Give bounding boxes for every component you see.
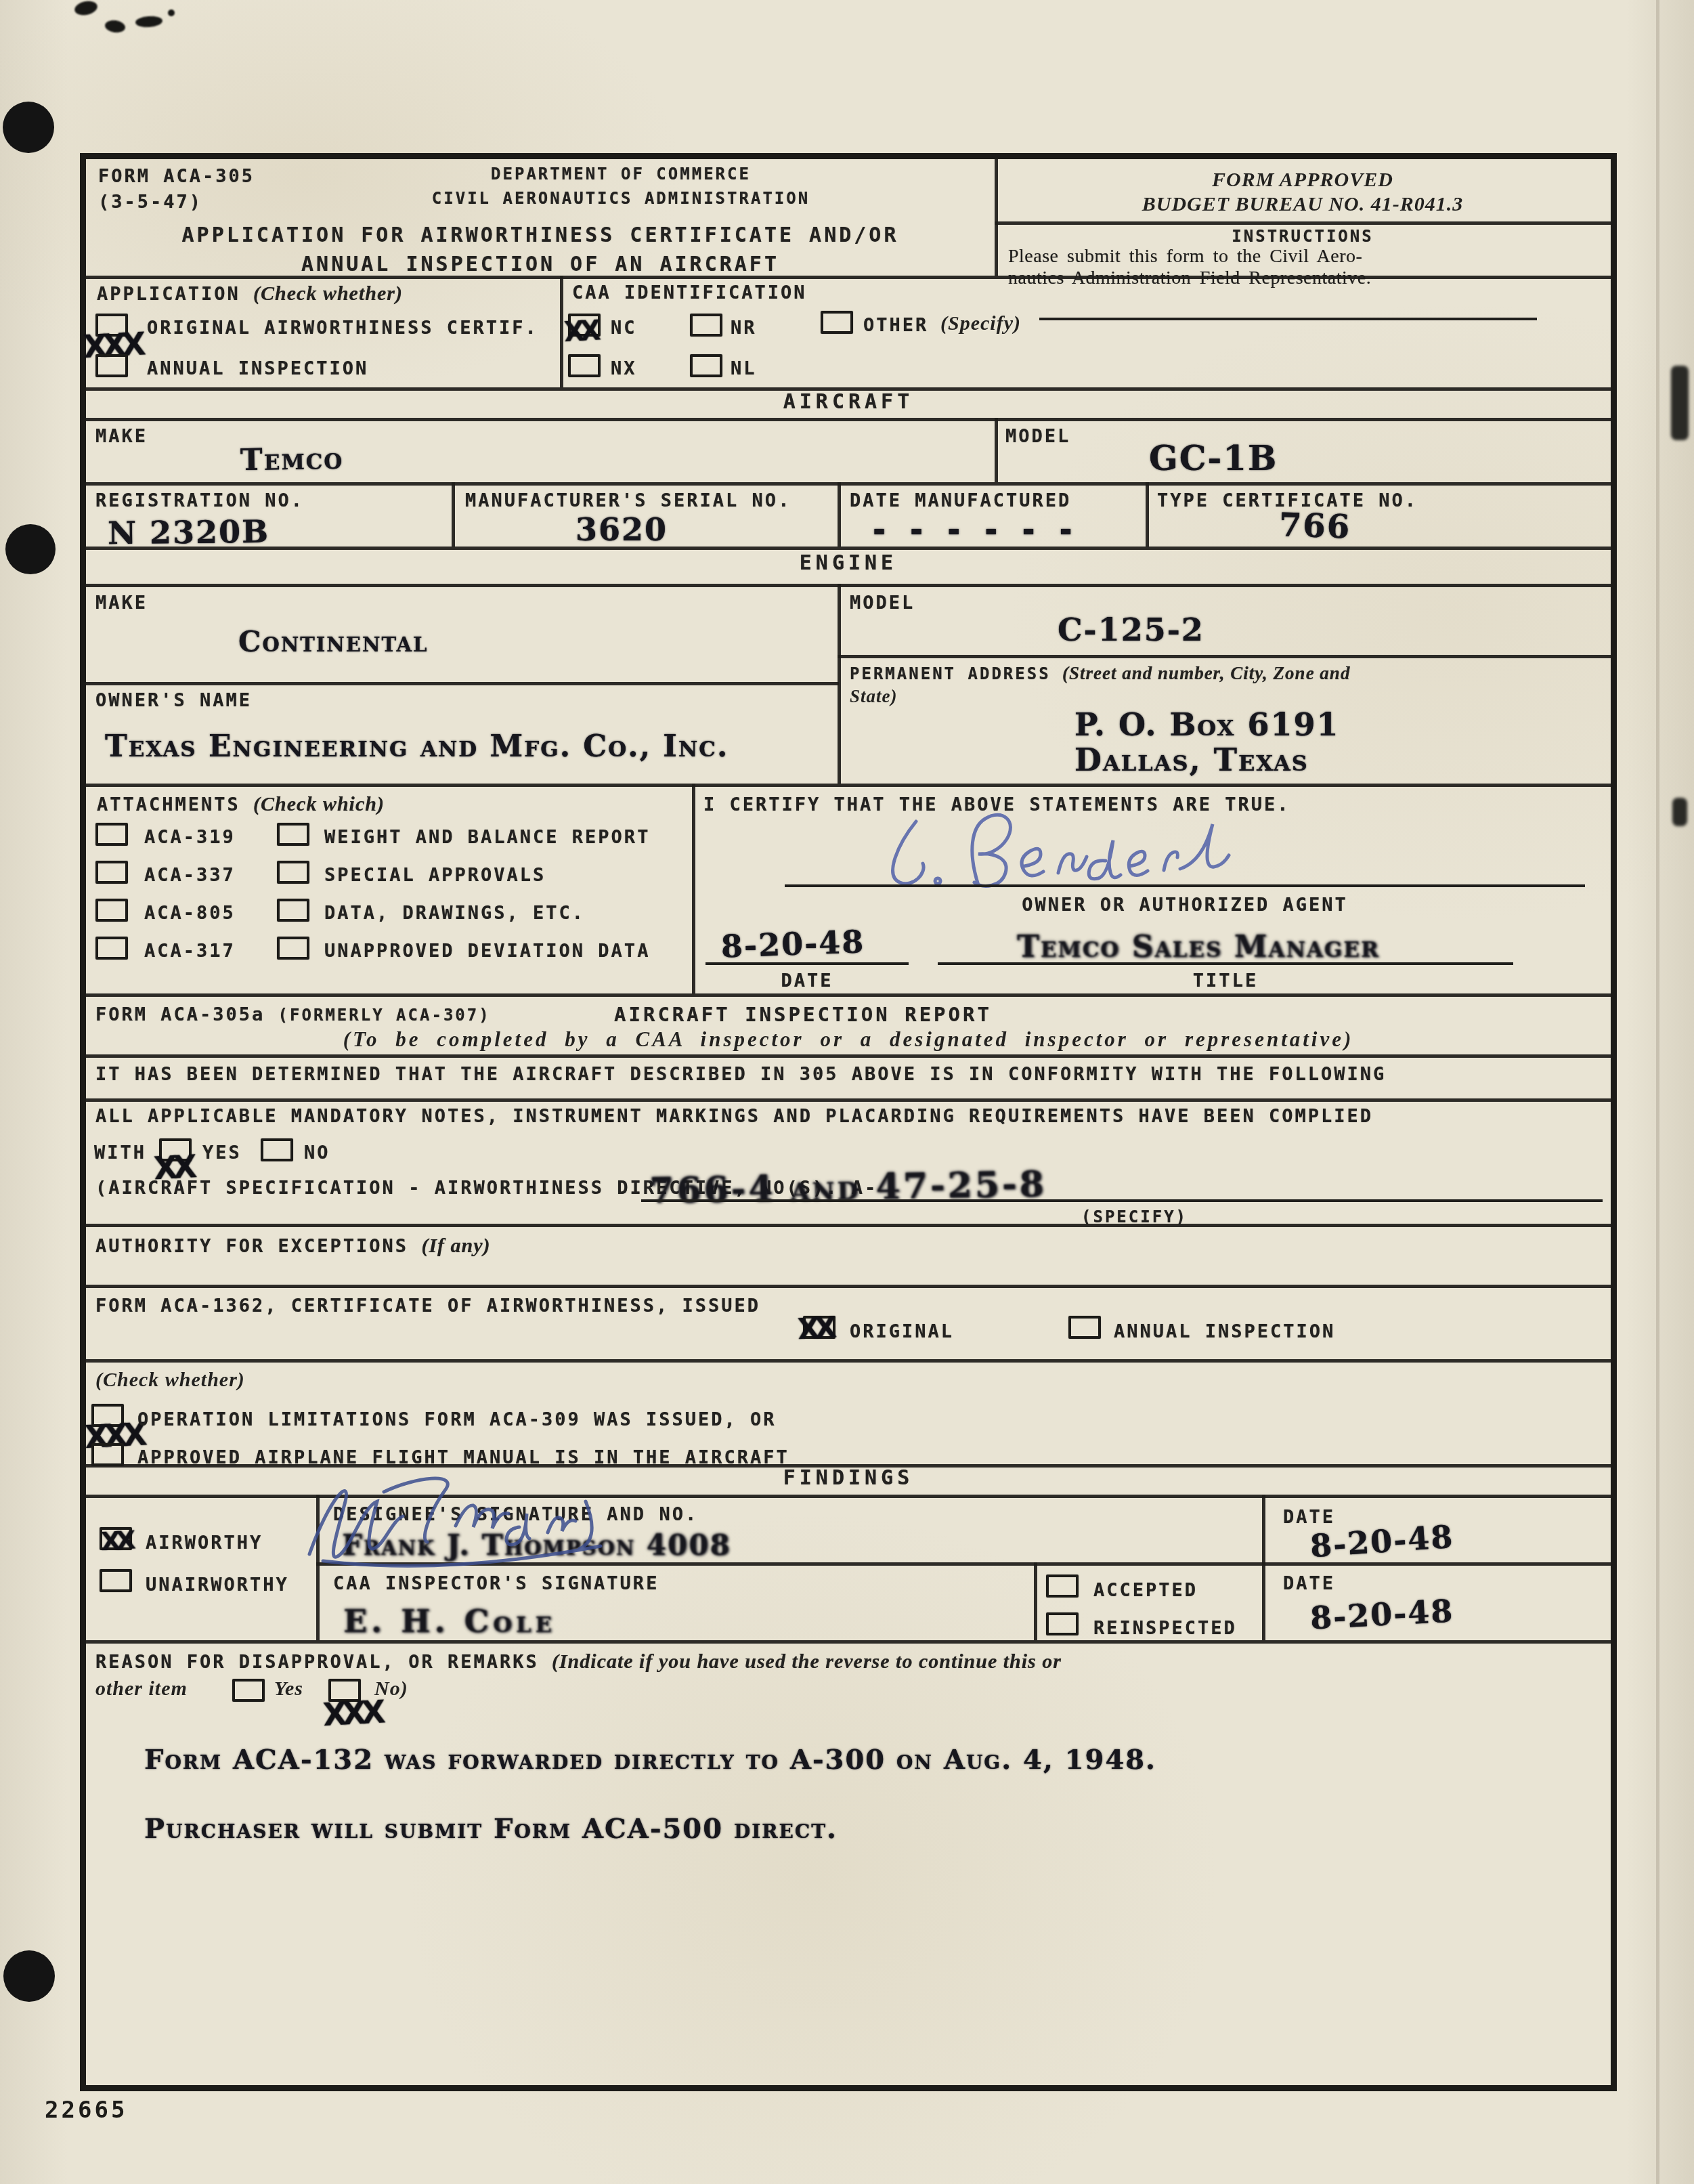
aircraft-section-banner: AIRCRAFT [86, 390, 1611, 414]
address-line1: P. O. Box 6191 [1074, 706, 1339, 743]
date-manufactured-value: - - - - - - [873, 505, 1079, 552]
designee-handwritten-signature [282, 1459, 702, 1588]
divider [86, 482, 1611, 486]
form-title-line2: ANNUAL INSPECTION OF AN AIRCRAFT [86, 253, 995, 276]
divider [86, 1640, 1611, 1644]
reason-remarks-label: REASON FOR DISAPPROVAL, OR REMARKS (Indi… [95, 1650, 1062, 1673]
authority-hint: (If any) [421, 1235, 490, 1257]
authority-label-text: AUTHORITY FOR EXCEPTIONS [95, 1236, 408, 1257]
checkbox-compliance-no[interactable] [261, 1138, 293, 1161]
divider [86, 547, 1611, 550]
specify-caption: (SPECIFY) [1081, 1207, 1188, 1226]
checkbox-accepted[interactable] [1046, 1575, 1079, 1598]
nc-label: NC [611, 318, 637, 339]
checkbox-aca-337[interactable] [95, 861, 128, 884]
spec-directive-value: 766-4 and 47-25-8 [649, 1163, 1047, 1212]
special-approvals-label: SPECIAL APPROVALS [324, 865, 546, 886]
address-label-text: PERMANENT ADDRESS [850, 664, 1051, 683]
data-drawings-label: DATA, DRAWINGS, ETC. [324, 903, 585, 924]
divider [86, 993, 1611, 997]
checkbox-annual-inspection[interactable] [95, 354, 128, 377]
nl-label: NL [731, 358, 757, 379]
certification-title-value: Temco Sales Manager [1017, 930, 1380, 964]
edge-mark [1672, 798, 1687, 826]
owner-agent-caption: OWNER OR AUTHORIZED AGENT [785, 895, 1585, 916]
instructions-title: INSTRUCTIONS [995, 227, 1611, 246]
checkbox-aca-319[interactable] [95, 823, 128, 846]
form-number: FORM ACA-305 [98, 166, 255, 187]
determined-statement: IT HAS BEEN DETERMINED THAT THE AIRCRAFT… [95, 1064, 1386, 1085]
divider [86, 1359, 1611, 1363]
engine-make-value: Continental [238, 625, 428, 658]
checkbox-special-approvals[interactable] [277, 861, 309, 884]
divider [838, 584, 841, 784]
reason-hint: (Indicate if you have used the reverse t… [552, 1650, 1062, 1673]
administration-line: CIVIL AERONAUTICS ADMINISTRATION [316, 189, 926, 208]
other-specify-hint: (Specify) [940, 312, 1021, 335]
divider [86, 418, 1611, 421]
ink-smudge [135, 16, 162, 28]
caa-identification-label: CAA IDENTIFICATION [572, 282, 807, 303]
scan-crease [1656, 0, 1659, 2184]
aca-317-label: ACA-317 [144, 941, 236, 962]
date-line[interactable] [705, 962, 909, 965]
operation-limitations-label: OPERATION LIMITATIONS FORM ACA-309 WAS I… [137, 1409, 777, 1430]
aircraft-make-value: Temco [240, 442, 344, 478]
divider [86, 784, 1611, 787]
checkbox-flight-manual[interactable] [91, 1443, 124, 1466]
engine-model-label: MODEL [850, 593, 915, 614]
divider [838, 655, 1611, 658]
form-title-line1: APPLICATION FOR AIRWORTHINESS CERTIFICAT… [86, 223, 995, 247]
owner-name-label: OWNER'S NAME [95, 690, 252, 711]
registration-label: REGISTRATION NO. [95, 490, 304, 511]
address-hint-line1: (Street and number, City, Zone and [1062, 663, 1350, 683]
ink-smudge [104, 19, 126, 34]
divider [86, 1224, 1611, 1227]
check-mark: XX [100, 1525, 132, 1556]
checkbox-data-drawings[interactable] [277, 899, 309, 922]
edge-mark [1671, 366, 1689, 440]
hole-punch [5, 524, 56, 574]
instructions-line2: nautics Administration Field Representat… [1008, 267, 1371, 289]
divider [995, 418, 998, 482]
address-hint-line2: State) [850, 686, 898, 707]
divider [995, 221, 1611, 225]
aca-337-label: ACA-337 [144, 865, 236, 886]
airworthy-label: AIRWORTHY [146, 1533, 263, 1554]
issued-original-label: ORIGINAL [850, 1321, 954, 1342]
attachments-label: ATTACHMENTS (Check which) [97, 793, 385, 816]
no-label: NO [304, 1142, 330, 1163]
inspector-date-label: DATE [1283, 1573, 1335, 1594]
application-label-text: APPLICATION [97, 284, 240, 305]
accepted-label: ACCEPTED [1093, 1580, 1198, 1601]
with-label: WITH [94, 1142, 146, 1163]
engine-make-label: MAKE [95, 593, 148, 614]
attachments-label-text: ATTACHMENTS [97, 794, 240, 815]
certification-date-value: 8-20-48 [720, 923, 865, 964]
owner-name-value: Texas Engineering and Mfg. Co., Inc. [105, 729, 729, 764]
yes-label: YES [202, 1142, 242, 1163]
document-serial-number: 22665 [45, 2097, 127, 2124]
certification-date-label: DATE [705, 970, 909, 991]
inspector-date-value: 8-20-48 [1309, 1592, 1455, 1636]
divider [692, 784, 695, 993]
hole-punch [3, 1950, 55, 2002]
caa-inspector-signature-label: CAA INSPECTOR'S SIGNATURE [333, 1573, 659, 1594]
caa-inspector-stamp: E. H. Cole [343, 1603, 556, 1640]
inspection-formerly: (FORMERLY ACA-307) [278, 1006, 491, 1025]
other-specify-line[interactable] [1039, 318, 1537, 320]
check-mark: XXX [322, 1694, 382, 1733]
divider [1262, 1495, 1265, 1640]
divider [560, 276, 563, 387]
divider [86, 682, 839, 685]
checkbox-reinspected[interactable] [1046, 1612, 1079, 1635]
check-mark: XX [563, 316, 597, 348]
aca-805-label: ACA-805 [144, 903, 236, 924]
scanned-form-page: FORM ACA-305 (3-5-47) DEPARTMENT OF COMM… [0, 0, 1694, 2184]
hole-punch [3, 102, 54, 153]
registration-value: N 2320B [108, 513, 270, 551]
certification-title-label: TITLE [938, 970, 1513, 991]
divider [86, 584, 1611, 587]
divider [86, 1098, 1611, 1102]
ink-smudge [73, 0, 98, 17]
authority-exceptions-label: AUTHORITY FOR EXCEPTIONS (If any) [95, 1235, 491, 1258]
inspection-form-ref: FORM ACA-305a (FORMERLY ACA-307) [95, 1004, 491, 1025]
budget-bureau-no: BUDGET BUREAU NO. 41-R041.3 [995, 193, 1611, 216]
owner-signature-line[interactable] [785, 884, 1585, 887]
checkbox-other[interactable] [821, 311, 853, 334]
annual-inspection-label: ANNUAL INSPECTION [147, 358, 368, 379]
cert-issued-label: FORM ACA-1362, CERTIFICATE OF AIRWORTHIN… [95, 1296, 760, 1316]
checkbox-nx[interactable] [568, 354, 601, 377]
checkbox-reverse-yes[interactable] [232, 1679, 265, 1702]
aircraft-model-label: MODEL [1005, 426, 1070, 447]
nx-label: NX [611, 358, 637, 379]
reinspected-label: REINSPECTED [1093, 1618, 1237, 1639]
checkbox-aca-317[interactable] [95, 937, 128, 960]
unairworthy-label: UNAIRWORTHY [146, 1575, 289, 1596]
department-line: DEPARTMENT OF COMMERCE [316, 165, 926, 184]
permanent-address-label: PERMANENT ADDRESS (Street and number, Ci… [850, 663, 1350, 684]
address-line2: Dallas, Texas [1074, 742, 1309, 778]
reason-hint-line2: other item [95, 1677, 188, 1700]
other-label: OTHER [863, 315, 928, 336]
divider [1034, 1562, 1037, 1640]
original-airworthiness-label: ORIGINAL AIRWORTHINESS CERTIF. [147, 318, 538, 339]
inspection-title: AIRCRAFT INSPECTION REPORT [614, 1003, 992, 1026]
form-aca-305: FORM ACA-305 (3-5-47) DEPARTMENT OF COMM… [80, 153, 1617, 2091]
checkbox-nr[interactable] [690, 314, 722, 337]
aircraft-model-value: GC-1B [1149, 438, 1278, 478]
divider [838, 482, 841, 547]
specify-line[interactable] [641, 1199, 1603, 1202]
application-label: APPLICATION (Check whether) [97, 282, 403, 305]
instructions-line1: Please submit this form to the Civil Aer… [1008, 246, 1362, 267]
attachments-hint: (Check which) [253, 793, 385, 815]
aca-319-label: ACA-319 [144, 827, 236, 848]
divider [452, 482, 455, 547]
weight-balance-label: WEIGHT AND BALANCE REPORT [324, 827, 650, 848]
title-line[interactable] [938, 962, 1513, 965]
reason-label-text: REASON FOR DISAPPROVAL, OR REMARKS [95, 1652, 539, 1673]
aircraft-make-label: MAKE [95, 426, 148, 447]
form-revision: (3-5-47) [98, 192, 202, 213]
engine-section-banner: ENGINE [86, 551, 1611, 575]
application-hint: (Check whether) [253, 282, 403, 305]
checkbox-unapproved-deviation[interactable] [277, 937, 309, 960]
serial-label: MANUFACTURER'S SERIAL NO. [465, 490, 791, 511]
divider [1146, 482, 1149, 547]
nr-label: NR [731, 318, 757, 339]
type-certificate-value: 766 [1278, 506, 1351, 547]
divider [86, 1054, 1611, 1058]
checkbox-weight-balance[interactable] [277, 823, 309, 846]
checkbox-unairworthy[interactable] [100, 1569, 132, 1592]
checkbox-nl[interactable] [690, 354, 722, 377]
check-mark: XX [797, 1311, 833, 1346]
inspection-subtitle: (To be completed by a CAA inspector or a… [86, 1027, 1611, 1052]
checkbox-issued-annual[interactable] [1068, 1316, 1101, 1339]
engine-model-value: C-125-2 [1058, 612, 1204, 648]
remarks-note2: Purchaser will submit Form ACA-500 direc… [144, 1813, 838, 1845]
issued-annual-label: ANNUAL INSPECTION [1114, 1321, 1335, 1342]
unapproved-deviation-label: UNAPPROVED DEVIATION DATA [324, 941, 650, 962]
serial-value: 3620 [575, 511, 668, 548]
checkbox-aca-805[interactable] [95, 899, 128, 922]
inspection-form-ref-text: FORM ACA-305a [95, 1004, 265, 1025]
reverse-no-label: No) [374, 1677, 408, 1700]
check-whether-hint: (Check whether) [95, 1369, 245, 1392]
reverse-yes-label: Yes [274, 1677, 303, 1700]
form-approved: FORM APPROVED [995, 169, 1611, 192]
divider [86, 1285, 1611, 1288]
ink-smudge [168, 9, 175, 16]
designee-date-label: DATE [1283, 1507, 1335, 1528]
remarks-note1: Form ACA-132 was forwarded directly to A… [144, 1744, 1156, 1776]
compliance-statement: ALL APPLICABLE MANDATORY NOTES, INSTRUME… [95, 1106, 1373, 1127]
